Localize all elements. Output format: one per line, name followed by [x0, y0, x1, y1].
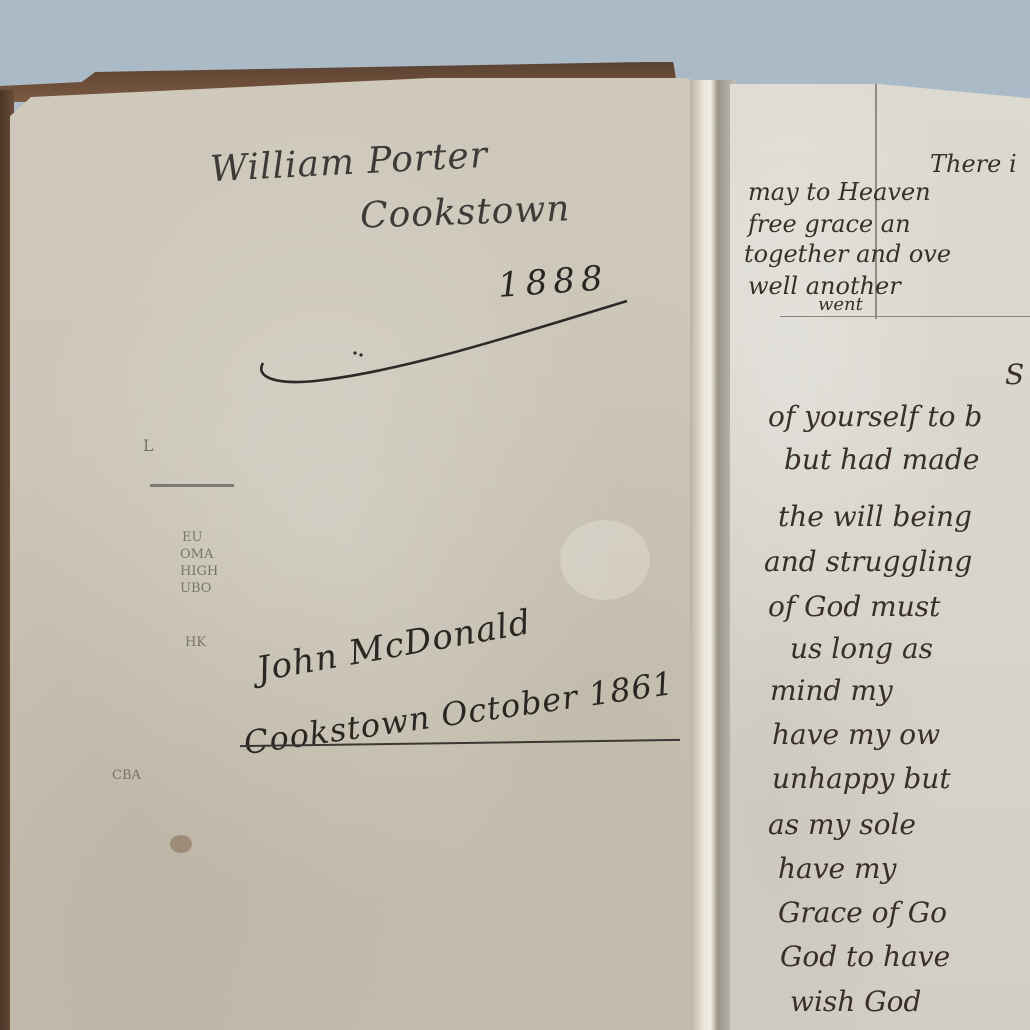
- letter-line-text: unhappy but: [772, 762, 951, 795]
- owner-place: Cookstown: [359, 188, 571, 236]
- flourish-underline: [255, 295, 635, 390]
- letter-line-text: of yourself to b: [768, 400, 982, 433]
- letter-line-text: have my ow: [772, 718, 940, 751]
- book-gutter: [690, 80, 736, 1030]
- letter-line-text: us long as: [790, 632, 933, 665]
- letter-line-text: Grace of Go: [778, 896, 947, 929]
- letter-line-text: but had made: [784, 443, 979, 476]
- letter-line-text: the will being: [778, 500, 972, 533]
- stamp-mark: OMA: [180, 547, 213, 562]
- stamp-rule: [150, 484, 234, 487]
- stain: [560, 520, 650, 600]
- letter-line-text: as my sole: [768, 808, 916, 841]
- slip-line-text: together and ove: [744, 240, 951, 268]
- letter-line-text: mind my: [770, 674, 893, 707]
- letter-line-text: God to have: [780, 940, 950, 973]
- stamp-mark: HIGH: [180, 564, 218, 579]
- stamp-mark: L: [143, 436, 154, 455]
- stamp-mark: UBO: [180, 581, 211, 596]
- letter-line-text: S: [1005, 358, 1024, 391]
- letter-line-text: wish God: [790, 985, 921, 1018]
- letter-line-text: and struggling: [764, 545, 972, 578]
- slip-line-text: went: [818, 294, 863, 315]
- slip-edge: [780, 316, 1030, 317]
- slip-line-text: There i: [930, 150, 1017, 178]
- stain: [170, 835, 192, 853]
- slip-line-text: may to Heaven: [748, 178, 931, 206]
- stamp-mark: EU: [182, 530, 202, 545]
- letter-line-text: have my: [778, 852, 896, 885]
- letter-line-text: of God must: [768, 590, 940, 623]
- stamp-mark: HK: [185, 635, 206, 650]
- stamp-mark: CBA: [112, 768, 141, 783]
- slip-line-text: free grace an: [748, 210, 911, 238]
